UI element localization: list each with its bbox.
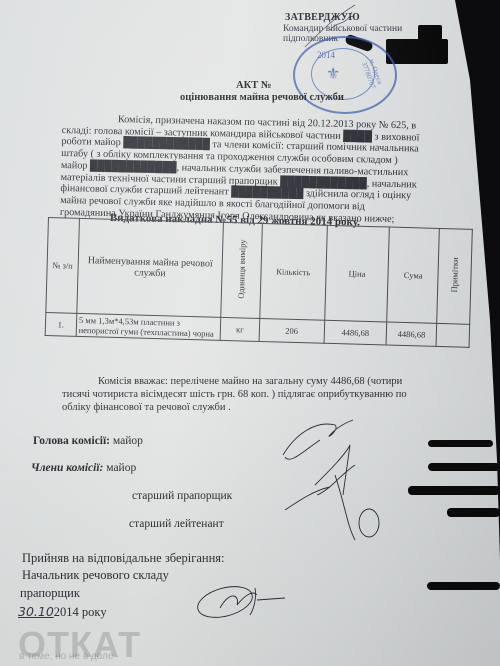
member2-rank: старший прапорщик [132,490,232,502]
row-num: 1. [45,312,76,336]
header-unit: Одиниця виміру [221,222,262,318]
row-sum: 4486,68 [386,322,436,346]
redaction-block [428,440,493,447]
chair-label: Голова комісії: [33,435,110,447]
header-name: Найменування майна речової служби [77,218,224,317]
table-header-row: № з/п Найменування майна речової служби … [46,218,472,325]
chair-rank: майор [113,435,143,447]
redaction-block [418,25,442,40]
redaction-block [427,582,500,590]
row-qty: 206 [259,318,324,343]
acceptance-line-2: Начальник речового складу [22,567,169,583]
act-title: АКТ № [236,80,271,91]
row-item-name: 5 мм 1,3м*4,53м пластини з непористої гу… [76,313,221,340]
row-note [436,323,470,347]
members-row: Члени комісії: майор [31,462,136,474]
acceptance-line-1: Прийняв на відповідальне зберігання: [22,550,225,566]
header-unit-text: Одиниця виміру [236,240,248,300]
member1-rank: майор [106,462,136,474]
redaction-block [386,39,448,64]
redaction-block [447,508,500,517]
handwritten-date: 30.10 [18,604,54,619]
acceptance-line-3: прапорщик [20,585,80,601]
header-price: Ціна [324,225,389,322]
conclusion-line: Комісія вважає: перелічене майно на зага… [62,376,482,389]
conclusion-line: тисячі чотириста вісімдесят шість грн. 6… [62,389,482,402]
items-table: № з/п Найменування майна речової служби … [45,217,473,348]
header-sum: Сума [387,227,439,323]
stamp-year: 2014 [317,50,335,60]
act-subtitle: оцінювання майна речової служби [180,92,344,103]
approval-commander-line: Командир військової частини [283,24,402,34]
trident-icon: ⚜ [326,64,340,84]
conclusion-paragraph: Комісія вважає: перелічене майно на зага… [62,376,482,414]
row-price: 4486,68 [324,320,387,345]
conclusion-line: обліку фінансової та речової служби . [62,402,482,415]
approval-title: ЗАТВЕРДЖУЮ [285,12,360,23]
members-label: Члени комісії: [31,462,103,474]
member3-rank: старший лейтенант [129,518,224,530]
header-notes: Примітки [437,228,473,324]
header-notes-text: Примітки [449,258,460,293]
redaction-block [408,486,500,495]
watermark-tagline: в теме, но не в доле [19,651,114,662]
row-unit: кг [220,317,259,341]
redaction-block [428,463,500,471]
acceptance-date: 30.102014 року [18,604,107,620]
intro-paragraph: Комісія, призначена наказом по частині в… [60,113,472,227]
header-num: № з/п [46,218,79,314]
header-qty: Кількість [260,223,327,320]
date-year: 2014 року [54,605,107,619]
chair-row: Голова комісії: майор [33,435,143,447]
